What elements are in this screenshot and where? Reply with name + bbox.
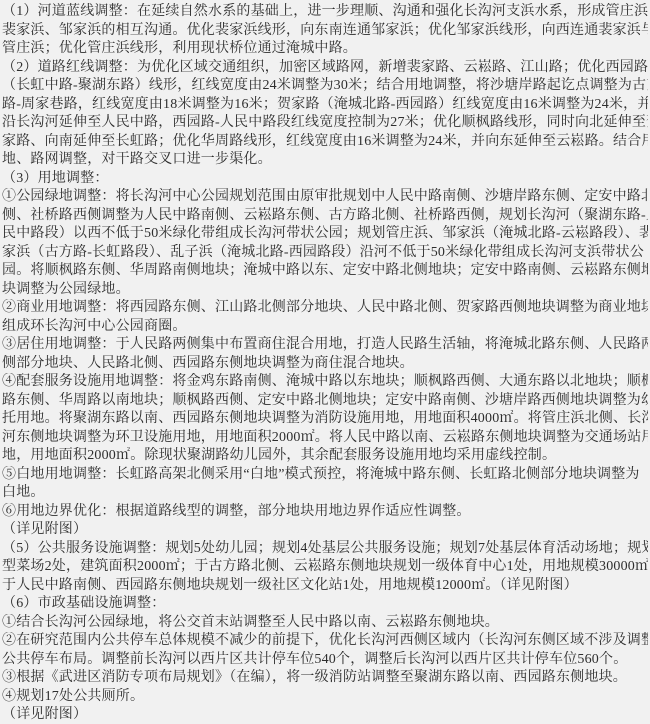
text-line: 沿长沟河延伸至人民中路，西园路-人民中路段红线宽度控制为27米；优化顺枫路线形，… bbox=[2, 114, 648, 133]
text-line: 家路、向南延伸至长虹路；优化华周路线形，红线宽度由16米调整为24米，并向东延伸… bbox=[2, 133, 648, 152]
text-line: （3）用地调整： bbox=[2, 170, 648, 189]
text-line: （长虹中路-聚湖东路）线形，红线宽度由24米调整为30米；结合用地调整，将沙塘岸… bbox=[2, 77, 648, 96]
text-line: 路东侧、华周路以南地块；顺枫路西侧、定安中路北侧地块；定安中路南侧、沙塘岸路西侧… bbox=[2, 392, 648, 411]
text-line: 型菜场2处，建筑面积2000㎡；于古方路北侧、云崧路东侧地块规划一级体育中心1处… bbox=[2, 558, 648, 577]
text-line: ④规划17处公共厕所。 bbox=[2, 688, 648, 707]
document-page: （1）河道蓝线调整：在延续自然水系的基础上，进一步理顺、沟通和强化长沟河支浜水系… bbox=[0, 0, 650, 724]
text-line: 块调整为公园绿地。 bbox=[2, 281, 648, 300]
text-line: ④配套服务设施用地调整：将金鸡东路南侧、淹城中路以东地块；顺枫路西侧、大通东路以… bbox=[2, 373, 648, 392]
text-line: 组成环长沟河中心公园商圈。 bbox=[2, 318, 648, 337]
text-line: （1）河道蓝线调整：在延续自然水系的基础上，进一步理顺、沟通和强化长沟河支浜水系… bbox=[2, 3, 648, 22]
text-line: ①结合长沟河公园绿地，将公交首末站调整至人民中路以南、云崧路东侧地块。 bbox=[2, 614, 648, 633]
text-line: ②商业用地调整：将西园路东侧、江山路北侧部分地块、人民中路北侧、贺家路西侧地块调… bbox=[2, 299, 648, 318]
text-line: 家浜（古方路-长虹路段）、乱子浜（淹城北路-西园路段）沿河不低于50米绿化带组成… bbox=[2, 244, 648, 263]
text-line: 地，用地面积2000㎡。除现状聚湖路幼儿园外，其余配套服务设施用地均采用虚线控制… bbox=[2, 447, 648, 466]
text-line: ②在研究范围内公共停车总体规模不减少的前提下，优化长沟河西侧区域内（长沟河东侧区… bbox=[2, 632, 648, 651]
text-line: 管庄浜；优化管庄浜线形，利用现状桥位通过淹城中路。 bbox=[2, 40, 648, 59]
text-line: 公共停车布局。调整前长沟河以西片区共计停车位540个，调整后长沟河以西片区共计停… bbox=[2, 651, 648, 670]
text-line: 地、路网调整，对干路交叉口进一步渠化。 bbox=[2, 151, 648, 170]
text-line: 河东侧地块调整为环卫设施用地，用地面积2000㎡。将人民中路以南、云崧路东侧地块… bbox=[2, 429, 648, 448]
text-line: （5）公共服务设施调整：规划5处幼儿园；规划4处基层公共服务设施；规划7处基层体… bbox=[2, 540, 648, 559]
text-line: （6）市政基础设施调整： bbox=[2, 595, 648, 614]
text-line: （详见附图） bbox=[2, 521, 648, 540]
text-line: ⑥用地边界优化：根据道路线型的调整，部分地块用地边界作适应性调整。 bbox=[2, 503, 648, 522]
text-line: 民中路段）以西不低于50米绿化带组成长沟河带状公园；规划管庄浜、邹家浜（淹城北路… bbox=[2, 225, 648, 244]
text-line: ③根据《武进区消防专项布局规划》（在编），将一级消防站调整至聚湖东路以南、西园路… bbox=[2, 669, 648, 688]
document-body: （1）河道蓝线调整：在延续自然水系的基础上，进一步理顺、沟通和强化长沟河支浜水系… bbox=[2, 3, 648, 724]
text-line: 裴家浜、邹家浜的相互沟通。优化裴家浜线形，向东南连通邹家浜；优化邹家浜线形，向西… bbox=[2, 22, 648, 41]
text-line: ⑤白地用地调整：长虹路高架北侧采用“白地”模式预控，将淹城中路东侧、长虹路北侧部… bbox=[2, 466, 648, 485]
text-line: 侧、社桥路西侧调整为人民中路南侧、云崧路东侧、古方路北侧、社桥路西侧，规划长沟河… bbox=[2, 207, 648, 226]
text-line: 路-周家巷路，红线宽度由18米调整为16米；贺家路（淹城北路-西园路）红线宽度由… bbox=[2, 96, 648, 115]
text-line: （2）道路红线调整：为优化区域交通组织，加密区域路网，新增裴家路、云崧路、江山路… bbox=[2, 59, 648, 78]
text-line: 于人民中路南侧、西园路东侧地块规划一级社区文化站1处，用地规模12000㎡。（详… bbox=[2, 577, 648, 596]
text-line: ①公园绿地调整：将长沟河中心公园规划范围由原审批规划中人民中路南侧、沙塘岸路东侧… bbox=[2, 188, 648, 207]
text-line: 托用地。将聚湖东路以南、西园路东侧地块调整为消防设施用地，用地面积4000㎡。将… bbox=[2, 410, 648, 429]
text-line: 侧部分地块、人民路北侧、西园路东侧地块调整为商住混合地块。 bbox=[2, 355, 648, 374]
text-line: 白地。 bbox=[2, 484, 648, 503]
text-line: ③居住用地调整：于人民路两侧集中布置商住混合用地，打造人民路生活轴，将淹城北路东… bbox=[2, 336, 648, 355]
text-line: （详见附图） bbox=[2, 706, 648, 724]
text-line: 园。将顺枫路东侧、华周路南侧地块；淹城中路以东、定安中路北侧地块；定安中路南侧、… bbox=[2, 262, 648, 281]
